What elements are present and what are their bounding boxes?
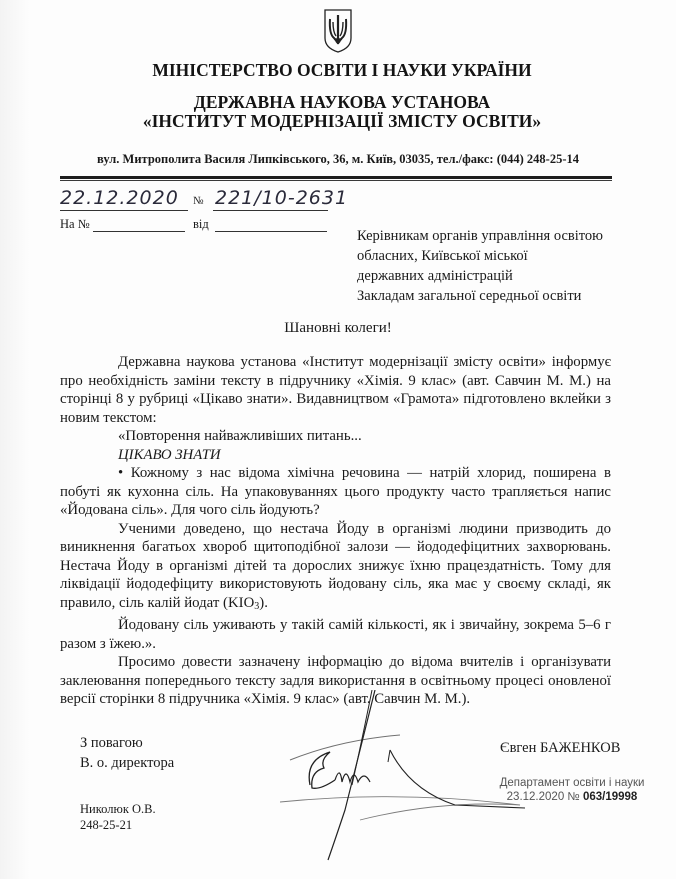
outgoing-date: 22.12.2020 [60, 187, 179, 209]
closing-salutation: З повагою [80, 733, 174, 753]
recipients-block: Керівникам органів управління освітою об… [357, 226, 603, 306]
quoted-paragraph-3: Йодовану сіль уживають у такій самій кіл… [60, 616, 611, 653]
ministry-title: МІНІСТЕРСТВО ОСВІТИ І НАУКИ УКРАЇНИ [4, 60, 676, 81]
letter-page: МІНІСТЕРСТВО ОСВІТИ І НАУКИ УКРАЇНИ ДЕРЖ… [0, 0, 676, 879]
recipient-line: Закладам загальної середньої освіти [357, 286, 603, 306]
letter-body: Державна наукова установа «Інститут моде… [60, 353, 611, 709]
quote-start: «Повторення найважливіших питань... [60, 427, 611, 446]
date-underline [60, 210, 188, 211]
greeting: Шановні колеги! [0, 320, 676, 337]
quoted-paragraph-2: Ученими доведено, що нестача Йоду в орга… [60, 520, 611, 617]
quoted-paragraph-2-text: Ученими доведено, що нестача Йоду в орга… [60, 521, 611, 611]
stamp-number: 063/19998 [583, 791, 637, 803]
stamp-date: 23.12.2020 [507, 791, 565, 803]
from-label: від [193, 217, 209, 232]
rubric-title: ЦІКАВО ЗНАТИ [60, 446, 611, 465]
stamp-registration-line: 23.12.2020 № 063/19998 [472, 790, 672, 804]
outgoing-number: 221/10-2631 [215, 187, 348, 209]
header-divider [60, 176, 612, 179]
institution-title-line1: ДЕРЖАВНА НАУКОВА УСТАНОВА [4, 92, 676, 113]
number-sign: № [193, 195, 204, 207]
number-underline [213, 210, 328, 211]
quoted-paragraph-1: • Кожному з нас відома хімічна речовина … [60, 464, 611, 520]
formula-close: ). [259, 595, 268, 611]
reply-to-label: На № [60, 217, 90, 232]
executor-phone: 248-25-21 [80, 817, 156, 833]
recipient-line: державних адміністрацій [357, 266, 603, 286]
signer-name: Євген БАЖЕНКОВ [500, 740, 620, 757]
reply-to-underline [93, 231, 185, 232]
intro-paragraph: Державна наукова установа «Інститут моде… [60, 353, 611, 427]
from-underline [215, 231, 327, 232]
signer-position: В. о. директора [80, 753, 174, 773]
stamp-number-sign: № [567, 791, 579, 803]
registration-stamp: Департамент освіти і науки 23.12.2020 № … [472, 776, 672, 804]
institution-title-line2: «ІНСТИТУТ МОДЕРНІЗАЦІЇ ЗМІСТУ ОСВІТИ» [4, 111, 676, 132]
ukraine-coat-of-arms-icon [323, 8, 353, 53]
recipient-line: Керівникам органів управління освітою [357, 226, 603, 246]
executor-name: Николюк О.В. [80, 801, 156, 817]
institution-address: вул. Митрополита Василя Липківського, 36… [0, 152, 676, 167]
closing-block: З повагою В. о. директора [80, 733, 174, 773]
stamp-department: Департамент освіти і науки [472, 776, 672, 790]
recipient-line: обласних, Київської міської [357, 246, 603, 266]
executor-block: Николюк О.В. 248-25-21 [80, 801, 156, 833]
header-divider-thin [60, 180, 612, 181]
